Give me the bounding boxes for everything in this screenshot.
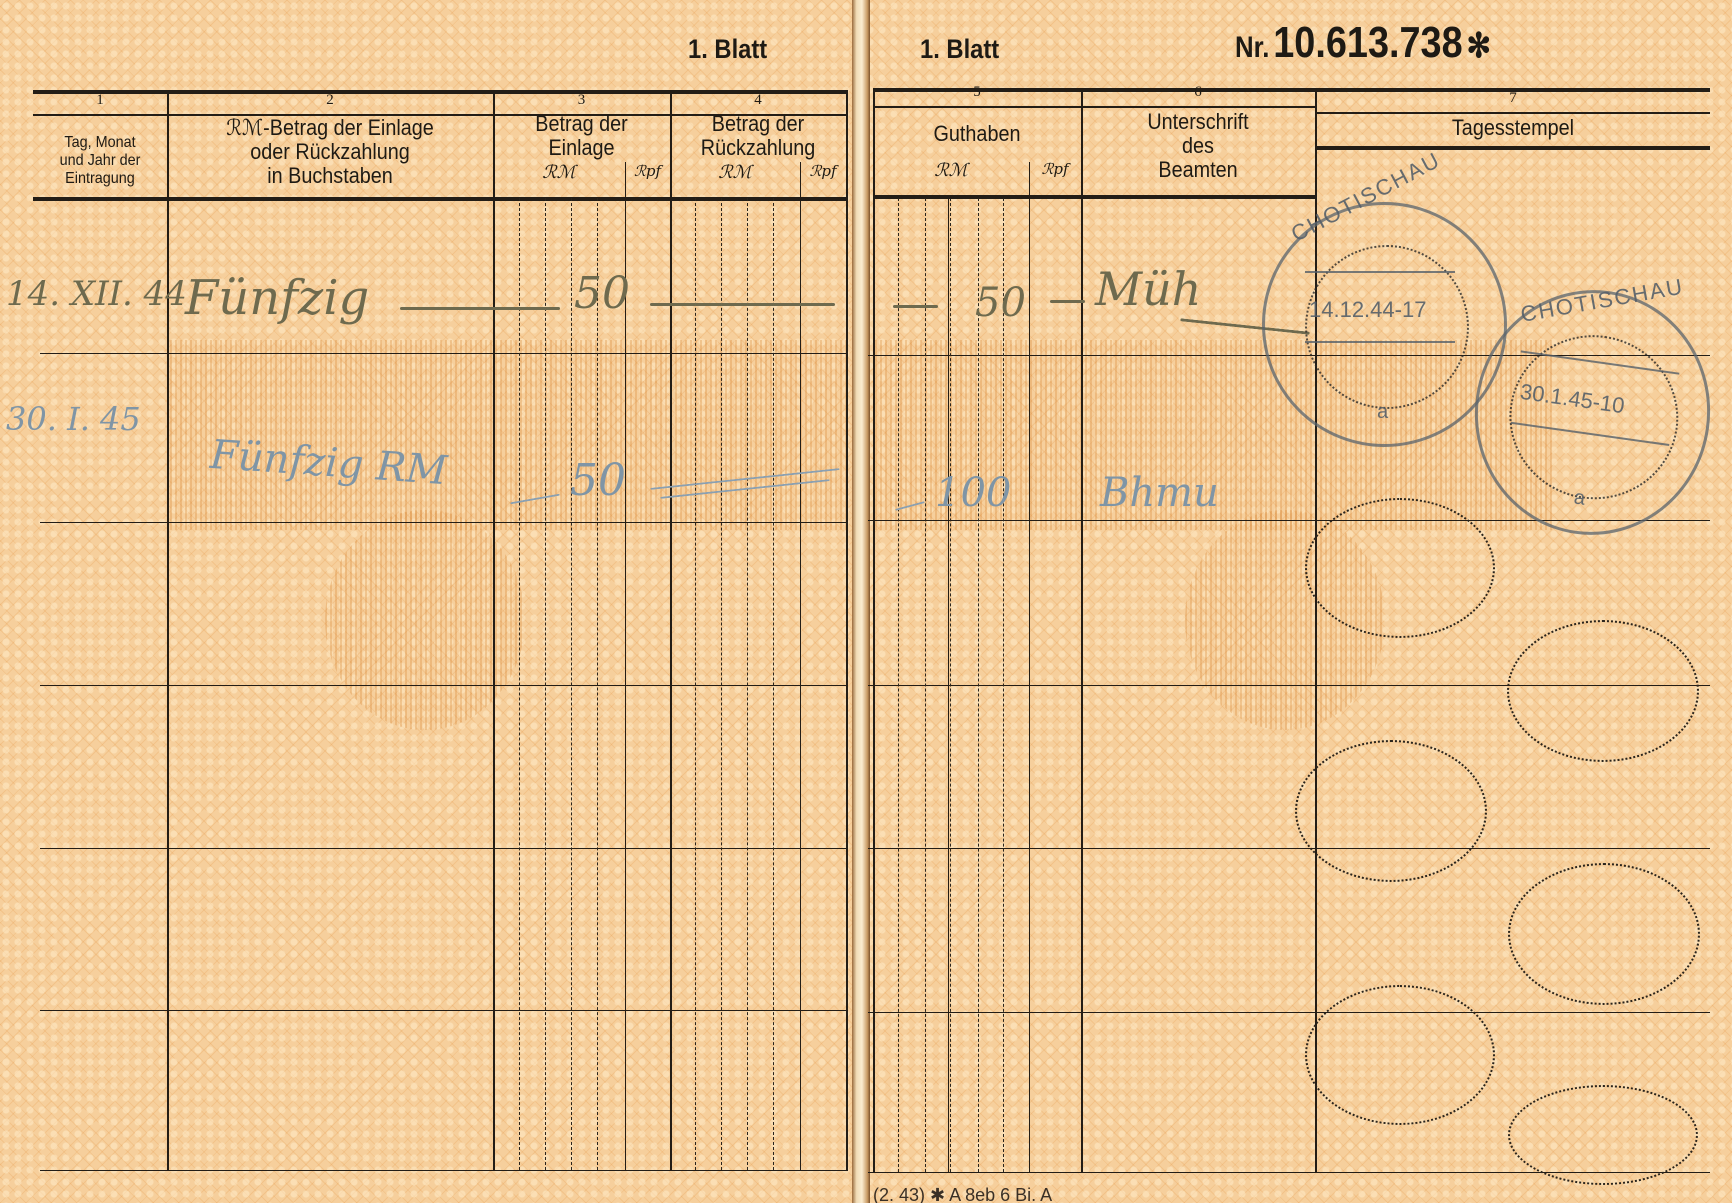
header-line: in Buchstaben [183, 164, 476, 188]
stamp-letter: a [1572, 486, 1586, 510]
digit-guide [747, 198, 748, 1170]
header-line: Eintragung [40, 170, 161, 188]
header-date: Tag, Monat und Jahr der Eintragung [40, 134, 161, 188]
row-divider [868, 1012, 1710, 1013]
currency-rpf-label: ℛpf [1029, 160, 1081, 178]
stamp-placeholder-circle [1507, 620, 1699, 762]
entry-deposit-rm: 50 [570, 455, 626, 506]
header-line: des [1093, 134, 1304, 158]
digit-guide [721, 198, 722, 1170]
stamp-placeholder-circle [1305, 498, 1495, 638]
stamp-city: CHOTISCHAU [1519, 274, 1686, 328]
row-divider [40, 353, 848, 354]
fill-stroke [400, 307, 560, 310]
entry-balance-rm: 50 [975, 280, 1026, 326]
col-divider-3-4 [670, 90, 672, 1170]
column-number: 7 [1316, 90, 1710, 107]
header-day-stamp: Tagesstempel [1336, 116, 1691, 140]
entry-signature: Bhmu [1100, 470, 1219, 516]
number-value: 10.613.738 [1273, 18, 1462, 67]
row-divider [868, 848, 1710, 849]
book-spine [852, 0, 870, 1203]
digit-guide [773, 198, 774, 1170]
entry-signature: Müh [1095, 262, 1201, 316]
column-number: 1 [33, 92, 167, 109]
column-number-divider [1316, 112, 1710, 114]
header-line: und Jahr der [40, 152, 161, 170]
digit-guide [571, 198, 572, 1170]
digit-guide [978, 198, 979, 1172]
asterisk-icon: ✻ [1466, 27, 1491, 65]
digit-guide [695, 198, 696, 1170]
entry-date: 30. I. 45 [6, 400, 141, 438]
header-line: Tagesstempel [1336, 116, 1691, 140]
header-bottom-border [33, 197, 848, 201]
header-line: Tag, Monat [40, 134, 161, 152]
date-stamp: CHOTISCHAU 14.12.44-17 a [1262, 202, 1507, 447]
row-divider [40, 848, 848, 849]
header-signature: Unterschrift des Beamten [1093, 110, 1304, 181]
entry-balance-rm: 100 [935, 470, 1011, 516]
col-divider-1-2 [167, 90, 169, 1170]
header-line: ℛℳ-Betrag der Einlage [183, 116, 476, 140]
left-page-edge [846, 90, 848, 1170]
col5-rpf-divider [1029, 162, 1030, 1172]
header-amount-words: ℛℳ-Betrag der Einlage oder Rückzahlung i… [183, 116, 476, 187]
currency-rm-label: ℛℳ [873, 160, 1029, 181]
print-code: (2. 43) ✱ A 8eb 6 Bi. A [873, 1185, 1052, 1203]
entry-deposit-rm: 50 [574, 268, 630, 319]
currency-rpf-label: ℛpf [625, 162, 670, 180]
table-bottom-border [40, 1170, 848, 1171]
right-page-edge [873, 88, 875, 1172]
column-number: 5 [873, 84, 1081, 101]
digit-guide-solid [948, 198, 949, 1172]
wreath-watermark-left [325, 510, 525, 730]
sheet-label-right: 1. Blatt [920, 34, 999, 65]
digit-guide [597, 198, 598, 1170]
stamp-placeholder-circle [1295, 740, 1487, 882]
digit-guide [519, 198, 520, 1170]
withdrawal-strike [650, 303, 835, 306]
fill-stroke [1050, 300, 1085, 303]
sheet-label-left: 1. Blatt [688, 34, 767, 65]
header-line: oder Rückzahlung [183, 140, 476, 164]
header-line: Beamten [1093, 158, 1304, 182]
stamp-placeholder-circle [1508, 1085, 1698, 1185]
stamp-placeholder-circle [1508, 863, 1700, 1005]
column-number: 6 [1081, 84, 1315, 101]
entry-date: 14. XII. 44 [6, 274, 187, 314]
header-line: Rückzahlung [679, 136, 837, 160]
column-number-divider [873, 106, 1316, 108]
stamp-date: 14.12.44-17 [1309, 297, 1426, 323]
header-line: Einlage [502, 136, 661, 160]
col-divider-5-6 [1081, 88, 1083, 1172]
column-number: 4 [670, 92, 846, 109]
currency-rm-label: ℛℳ [493, 162, 625, 183]
header-bottom-border [873, 195, 1316, 199]
stamp-placeholder-circle [1305, 985, 1495, 1125]
currency-rpf-label: ℛpf [800, 162, 846, 180]
column-number: 3 [493, 92, 670, 109]
header-line: Betrag der [679, 112, 837, 136]
digit-guide [950, 198, 951, 1172]
col4-rpf-divider [800, 162, 801, 1170]
row-divider [40, 522, 848, 523]
fill-stroke [893, 305, 938, 308]
stamp-letter: a [1377, 401, 1388, 424]
row-divider [40, 1010, 848, 1011]
header-deposit: Betrag der Einlage [502, 112, 661, 160]
header-withdrawal: Betrag der Rückzahlung [679, 112, 837, 160]
entry-amount-words: Fünfzig [185, 270, 369, 326]
digit-guide [898, 198, 899, 1172]
digit-guide [925, 198, 926, 1172]
currency-rm-label: ℛℳ [670, 162, 800, 183]
passbook-number: Nr. 10.613.738 ✻ [1235, 18, 1491, 68]
column-number: 2 [167, 92, 493, 109]
header-line: Guthaben [883, 122, 1070, 146]
header-line: Betrag der [502, 112, 661, 136]
col-divider-2-3 [493, 90, 495, 1170]
row-divider [40, 685, 848, 686]
digit-guide [1003, 198, 1004, 1172]
header-line: Unterschrift [1093, 110, 1304, 134]
header-balance: Guthaben [883, 122, 1070, 146]
digit-guide [545, 198, 546, 1170]
number-prefix: Nr. [1235, 31, 1269, 64]
tagesstempel-divider [1316, 146, 1710, 150]
